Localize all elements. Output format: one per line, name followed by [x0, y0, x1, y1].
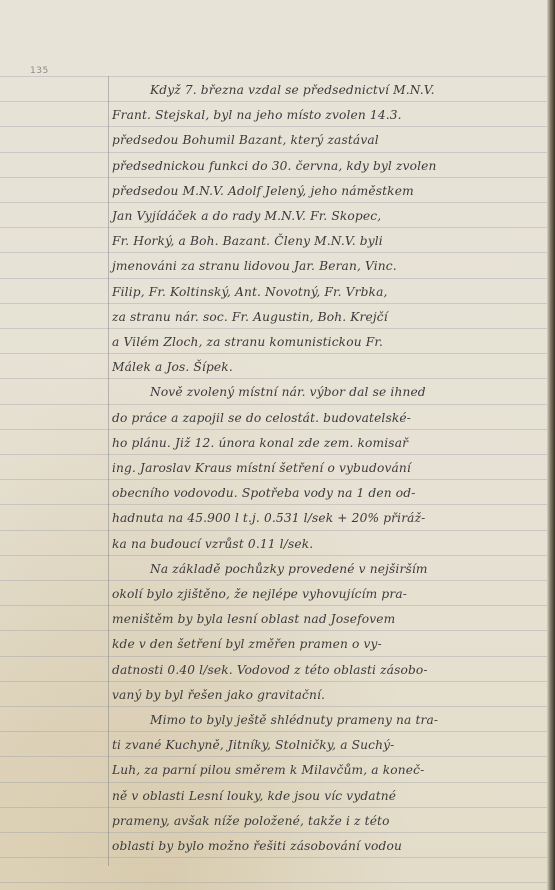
handwritten-line: Luh, za parní pilou směrem k Milavčům, a… — [112, 758, 424, 782]
ruled-line — [0, 378, 547, 379]
handwritten-line: datnosti 0.40 l/sek. Vodovod z této obla… — [112, 658, 428, 682]
page-number: 135 — [30, 66, 49, 76]
handwritten-line: do práce a zapojil se do celostát. budov… — [112, 406, 411, 430]
ruled-line — [0, 882, 547, 883]
handwritten-line: prameny, avšak níže položené, takže i z … — [112, 809, 390, 833]
handwritten-line: hadnuta na 45.900 l t.j. 0.531 l/sek + 2… — [112, 506, 425, 530]
handwritten-line: Fr. Horký, a Boh. Bazant. Členy M.N.V. b… — [112, 229, 383, 253]
handwritten-line: Málek a Jos. Šípek. — [112, 355, 233, 379]
handwritten-line: ing. Jaroslav Kraus místní šetření o vyb… — [112, 456, 411, 480]
handwritten-line: Jan Vyjídáček a do rady M.N.V. Fr. Skope… — [112, 204, 381, 228]
handwritten-line: vaný by byl řešen jako gravitační. — [112, 683, 325, 707]
handwritten-line: Frant. Stejskal, byl na jeho místo zvole… — [112, 103, 402, 127]
handwritten-line: okolí bylo zjištěno, že nejlépe vyhovují… — [112, 582, 407, 606]
handwritten-line: jmenováni za stranu lidovou Jar. Beran, … — [112, 254, 397, 278]
handwritten-line: a Vilém Zloch, za stranu komunistickou F… — [112, 330, 383, 354]
handwritten-line: obecního vodovodu. Spotřeba vody na 1 de… — [112, 481, 415, 505]
handwritten-line: předsedou Bohumil Bazant, který zastával — [112, 128, 379, 152]
handwritten-line: Na základě pochůzky provedené v nejširší… — [112, 557, 428, 581]
handwritten-line: za stranu nár. soc. Fr. Augustin, Boh. K… — [112, 305, 388, 329]
handwritten-line: meništěm by byla lesní oblast nad Josefo… — [112, 607, 395, 631]
handwritten-line: Filip, Fr. Koltinský, Ant. Novotný, Fr. … — [112, 280, 388, 304]
handwritten-line: ně v oblasti Lesní louky, kde jsou víc v… — [112, 784, 396, 808]
binding-edge — [547, 0, 555, 890]
handwritten-line: Nově zvolený místní nár. výbor dal se ih… — [112, 380, 426, 404]
handwritten-line: kde v den šetření byl změřen pramen o vy… — [112, 632, 382, 656]
handwritten-line: ka na budoucí vzrůst 0.11 l/sek. — [112, 532, 313, 556]
handwritten-line: ti zvané Kuchyně, Jitníky, Stolničky, a … — [112, 733, 394, 757]
handwritten-line: oblasti by bylo možno řešiti zásobování … — [112, 834, 402, 858]
ruled-line — [0, 76, 547, 77]
document-page: 135 Když 7. března vzdal se předsednictv… — [0, 0, 555, 890]
handwritten-line: předsedou M.N.V. Adolf Jelený, jeho námě… — [112, 179, 414, 203]
handwritten-line: předsednickou funkci do 30. června, kdy … — [112, 154, 437, 178]
margin-line — [108, 76, 109, 866]
handwritten-line: Mimo to byly ještě shlédnuty prameny na … — [112, 708, 438, 732]
handwritten-line: ho plánu. Již 12. února konal zde zem. k… — [112, 431, 408, 455]
handwritten-line: Když 7. března vzdal se předsednictví M.… — [112, 78, 435, 102]
